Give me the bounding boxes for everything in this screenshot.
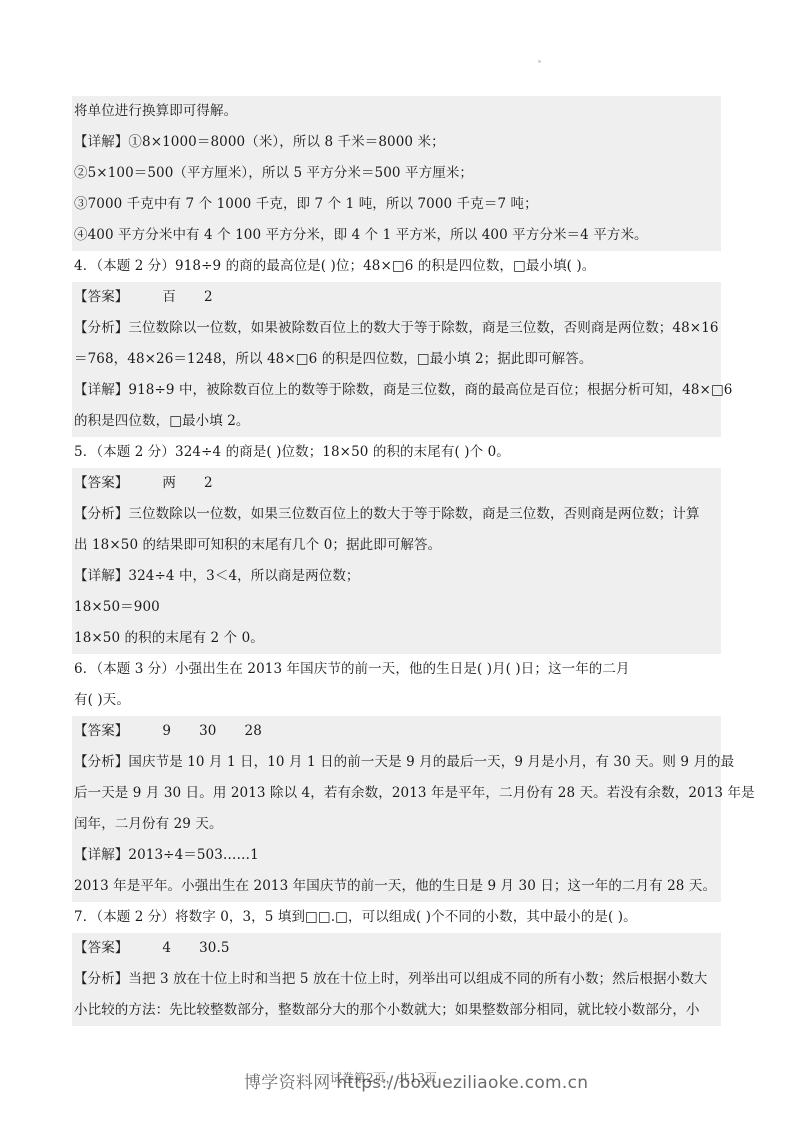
solution-line: 【详解】2013÷4＝503……1 — [72, 840, 721, 871]
solution-line: 【分析】三位数除以一位数，如果被除数百位上的数大于等于除数，商是三位数，否则商是… — [72, 313, 721, 344]
solution-line: ④400 平方分米中有 4 个 100 平方分米，即 4 个 1 平方米，所以 … — [72, 220, 721, 251]
solution-line: 【分析】国庆节是 10 月 1 日，10 月 1 日的前一天是 9 月的最后一天… — [72, 747, 721, 778]
solution-line: 【详解】①8×1000＝8000（米），所以 8 千米＝8000 米； — [72, 127, 721, 158]
page-indicator: 试卷第2页，共13页 — [330, 1069, 437, 1086]
answer-label: 【答案】 — [74, 289, 128, 305]
page-footer: 博学资料网 https://boxueziliaoke.com.cn 试卷第2页… — [0, 1066, 793, 1096]
solution-block-q7: 【答案】430.5 【分析】当把 3 放在十位上时和当把 5 放在十位上时，列举… — [72, 933, 721, 1026]
solution-line: 18×50 的积的末尾有 2 个 0。 — [72, 623, 721, 654]
answer-line: 【答案】93028 — [72, 716, 721, 747]
solution-block-q6: 【答案】93028 【分析】国庆节是 10 月 1 日，10 月 1 日的前一天… — [72, 716, 721, 902]
question-7-stem: 7．（本题 2 分）将数字 0，3，5 填到□□.□，可以组成( )个不同的小数… — [72, 902, 721, 933]
answer-label: 【答案】 — [74, 475, 128, 491]
page-content: 将单位进行换算即可得解。 【详解】①8×1000＝8000（米），所以 8 千米… — [72, 96, 721, 1026]
solution-line: 【分析】当把 3 放在十位上时和当把 5 放在十位上时，列举出可以组成不同的所有… — [72, 964, 721, 995]
question-5-stem: 5．（本题 2 分）324÷4 的商是( )位数；18×50 的积的末尾有( )… — [72, 437, 721, 468]
question-4-stem: 4．（本题 2 分）918÷9 的商的最高位是( )位；48×□6 的积是四位数… — [72, 251, 721, 282]
solution-line: 闰年，二月份有 29 天。 — [72, 809, 721, 840]
answer-line: 【答案】两2 — [72, 468, 721, 499]
document-page: 将单位进行换算即可得解。 【详解】①8×1000＝8000（米），所以 8 千米… — [0, 0, 793, 1122]
solution-line: 后一天是 9 月 30 日。用 2013 除以 4，若有余数，2013 年是平年… — [72, 778, 721, 809]
answer-value: 30.5 — [199, 933, 229, 964]
answer-value: 2 — [204, 468, 213, 499]
solution-line: 【详解】324÷4 中，3＜4，所以商是两位数； — [72, 561, 721, 592]
answer-value: 30 — [199, 716, 216, 747]
answer-value: 4 — [162, 933, 171, 964]
answer-label: 【答案】 — [74, 723, 128, 739]
solution-line: 出 18×50 的结果即可知积的末尾有几个 0；据此即可解答。 — [72, 530, 721, 561]
question-6-stem: 6．（本题 3 分）小强出生在 2013 年国庆节的前一天，他的生日是( )月(… — [72, 654, 721, 685]
solution-block-q5: 【答案】两2 【分析】三位数除以一位数，如果三位数百位上的数大于等于除数，商是三… — [72, 468, 721, 654]
solution-line: 【分析】三位数除以一位数，如果三位数百位上的数大于等于除数，商是三位数，否则商是… — [72, 499, 721, 530]
answer-value: 28 — [245, 716, 262, 747]
solution-line: 将单位进行换算即可得解。 — [72, 96, 721, 127]
answer-value: 2 — [204, 282, 213, 313]
solution-line: ＝768，48×26＝1248，所以 48×□6 的积是四位数，□最小填 2；据… — [72, 344, 721, 375]
answer-value: 百 — [162, 282, 176, 313]
solution-line: 2013 年是平年。小强出生在 2013 年国庆节的前一天，他的生日是 9 月 … — [72, 871, 721, 902]
solution-line: 小比较的方法：先比较整数部分，整数部分大的那个小数就大；如果整数部分相同，就比较… — [72, 995, 721, 1026]
solution-line: 的积是四位数，□最小填 2。 — [72, 406, 721, 437]
solution-block-q3-continued: 将单位进行换算即可得解。 【详解】①8×1000＝8000（米），所以 8 千米… — [72, 96, 721, 251]
answer-value: 两 — [162, 468, 176, 499]
solution-line: ②5×100＝500（平方厘米），所以 5 平方分米＝500 平方厘米； — [72, 158, 721, 189]
solution-line: 【详解】918÷9 中，被除数百位上的数等于除数，商是三位数，商的最高位是百位；… — [72, 375, 721, 406]
solution-block-q4: 【答案】百2 【分析】三位数除以一位数，如果被除数百位上的数大于等于除数，商是三… — [72, 282, 721, 437]
answer-label: 【答案】 — [74, 940, 128, 956]
answer-line: 【答案】430.5 — [72, 933, 721, 964]
solution-line: ③7000 千克中有 7 个 1000 千克，即 7 个 1 吨，所以 7000… — [72, 189, 721, 220]
answer-line: 【答案】百2 — [72, 282, 721, 313]
scan-speck — [538, 60, 541, 63]
answer-value: 9 — [162, 716, 171, 747]
solution-line: 18×50＝900 — [72, 592, 721, 623]
question-6-stem: 有( )天。 — [72, 685, 721, 716]
